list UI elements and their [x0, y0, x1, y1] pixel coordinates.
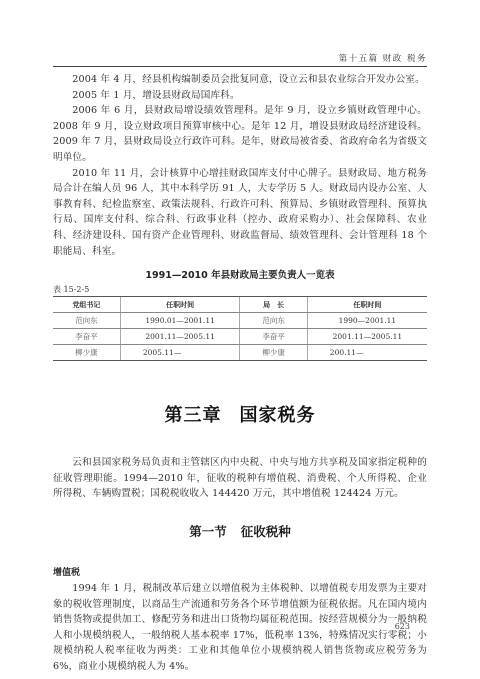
- table-row: 李奋平 2001.11—2005.11 李奋平 2001.11—2005.11: [53, 329, 427, 345]
- subsection-heading: 增值税: [53, 566, 427, 581]
- paragraph: 2010 年 11 月，会计核算中心增挂财政国库支付中心牌子。县财政局、地方税务…: [53, 166, 427, 260]
- paragraph: 2006 年 6 月，县财政局增设绩效管理科。是年 9 月，设立乡镇财政管理中心…: [53, 103, 427, 165]
- subsection-text: 1994 年 1 月，税制改革后建立以增值税为主体税种、以增值税专用发票为主要对…: [53, 581, 427, 675]
- table-cell: 1990—2001.11: [307, 313, 427, 329]
- column-header: 任职时间: [120, 297, 240, 313]
- chapter-heading: 第三章国家税务: [53, 401, 427, 427]
- paragraph: 2005 年 1 月，增设县财政局国库科。: [53, 88, 427, 104]
- table-cell: 范向东: [240, 313, 307, 329]
- table-cell: 李奋平: [53, 329, 120, 345]
- column-header: 党组书记: [53, 297, 120, 313]
- table-row: 柳少康 2005.11— 柳少康 200.11—: [53, 345, 427, 361]
- table-number: 表 15-2-5: [53, 284, 427, 295]
- table-header-row: 党组书记 任职时间 局 长 任职时间: [53, 297, 427, 313]
- table-cell: 2001.11—2005.11: [120, 329, 240, 345]
- table-cell: 李奋平: [240, 329, 307, 345]
- chapter-title: 国家税务: [240, 405, 316, 426]
- chapter-intro: 云和县国家税务局负责和主管辖区内中央税、中央与地方共享税及国家指定税种的征收管理…: [53, 455, 427, 502]
- running-header: 第十五篇 财政 税务: [53, 50, 427, 67]
- section-title: 征收税种: [241, 524, 291, 539]
- table-row: 范向东 1990.01—2001.11 范向东 1990—2001.11: [53, 313, 427, 329]
- paragraph: 2004 年 4 月，经县机构编制委员会批复同意，设立云和县农业综合开发办公室。: [53, 72, 427, 88]
- table-cell: 范向东: [53, 313, 120, 329]
- column-header: 局 长: [240, 297, 307, 313]
- leaders-table: 党组书记 任职时间 局 长 任职时间 范向东 1990.01—2001.11 范…: [53, 296, 427, 361]
- table-title: 1991—2010 年县财政局主要负责人一览表: [53, 267, 427, 281]
- section-number: 第一节: [189, 524, 227, 539]
- running-title: 第十五篇 财政 税务: [339, 52, 427, 64]
- table-cell: 柳少康: [240, 345, 307, 361]
- section-heading: 第一节征收税种: [53, 522, 427, 540]
- table-cell: 2005.11—: [120, 345, 240, 361]
- table-cell: 1990.01—2001.11: [120, 313, 240, 329]
- chapter-number: 第三章: [165, 405, 222, 426]
- column-header: 任职时间: [307, 297, 427, 313]
- page-number: 623: [395, 622, 410, 631]
- table-cell: 柳少康: [53, 345, 120, 361]
- table-cell: 2001.11—2005.11: [307, 329, 427, 345]
- page-body: 2004 年 4 月，经县机构编制委员会批复同意，设立云和县农业综合开发办公室。…: [53, 72, 427, 674]
- table-cell: 200.11—: [307, 345, 427, 361]
